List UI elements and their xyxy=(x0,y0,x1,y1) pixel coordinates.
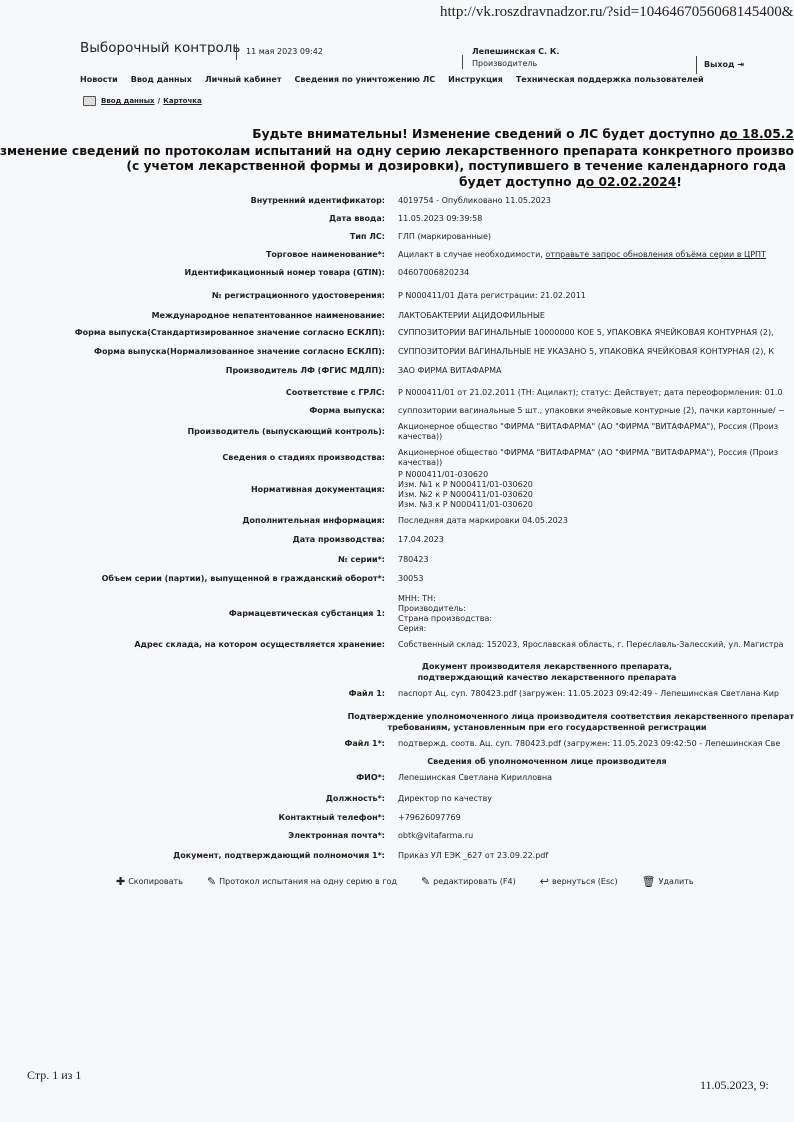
field-value-line: МНН: ТН: xyxy=(398,594,492,604)
field-value-line: качества)) xyxy=(398,432,778,442)
field-value-text: Собственный склад: 152023, Ярославская о… xyxy=(398,640,784,649)
field-value: Акционерное общество "ФИРМА "ВИТАФАРМА" … xyxy=(398,448,778,468)
action-label: редактировать (F4) xyxy=(433,877,516,886)
nav-account[interactable]: Личный кабинет xyxy=(205,75,282,84)
field-value: СУППОЗИТОРИИ ВАГИНАЛЬНЫЕ 10000000 КОЕ 5,… xyxy=(398,328,774,338)
field-label: № регистрационного удостоверения: xyxy=(212,291,385,300)
divider xyxy=(236,44,237,60)
field-value-text: 780423 xyxy=(398,555,429,564)
field-value: Собственный склад: 152023, Ярославская о… xyxy=(398,640,784,650)
warning-line-1: Будьте внимательны! Изменение сведений о… xyxy=(252,127,794,141)
divider xyxy=(696,56,697,74)
section-title-line: Подтверждение уполномоченного лица произ… xyxy=(300,711,794,722)
field-value: Акционерное общество "ФИРМА "ВИТАФАРМА" … xyxy=(398,422,778,442)
logout-icon: ⇥ xyxy=(737,60,744,69)
field-value: ЗАО ФИРМА ВИТАФАРМА xyxy=(398,366,501,376)
field-value: МНН: ТН:Производитель:Страна производств… xyxy=(398,594,492,634)
person-section-title: Сведения об уполномоченном лице производ… xyxy=(300,756,794,767)
field-label: Международное непатентованное наименован… xyxy=(152,311,385,320)
field-value: obtk@vitafarma.ru xyxy=(398,831,473,841)
field-value-text: Р N000411/01 Дата регистрации: 21.02.201… xyxy=(398,291,586,300)
field-label: Файл 1*: xyxy=(344,739,385,748)
field-label: Адрес склада, на котором осуществляется … xyxy=(134,640,385,649)
field-value: 30053 xyxy=(398,574,423,584)
action-label: Скопировать xyxy=(128,877,183,886)
delete-button[interactable]: 🗑Удалить xyxy=(642,876,694,887)
print-url: http://vk.roszdravnadzor.ru/?sid=1046467… xyxy=(440,4,794,21)
pencil-icon: ✎ xyxy=(207,876,216,887)
field-label: Файл 1: xyxy=(349,689,385,698)
field-label: Дополнительная информация: xyxy=(242,516,385,525)
field-value-line: Р N000411/01-030620 xyxy=(398,470,533,480)
field-value: +79626097769 xyxy=(398,813,461,823)
protocol-button[interactable]: ✎Протокол испытания на одну серию в год xyxy=(207,876,397,887)
warning-text: ! xyxy=(676,175,682,189)
folder-icon xyxy=(83,96,96,106)
field-value-line: Страна производства: xyxy=(398,614,492,624)
field-value-text: СУППОЗИТОРИИ ВАГИНАЛЬНЫЕ 10000000 КОЕ 5,… xyxy=(398,328,774,337)
field-value-line: качества)) xyxy=(398,458,778,468)
warning-date: до 18.05.2 xyxy=(719,127,794,141)
field-value: Р N000411/01-030620Изм. №1 к Р N000411/0… xyxy=(398,470,533,510)
field-value: 04607006820234 xyxy=(398,268,469,278)
field-label: Форма выпуска: xyxy=(309,406,385,415)
field-value: Р N000411/01 Дата регистрации: 21.02.201… xyxy=(398,291,586,301)
warning-date: до 02.02.2024 xyxy=(576,175,676,189)
warning-line-4: будет доступно до 02.02.2024! xyxy=(459,175,682,189)
field-label: Форма выпуска(Нормализованное значение с… xyxy=(94,347,385,356)
field-value: 4019754 - Опубликовано 11.05.2023 xyxy=(398,196,551,206)
field-value-text: Акционерное общество "ФИРМА "ВИТАФАРМА" … xyxy=(398,422,778,431)
field-label: Внутренний идентификатор: xyxy=(251,196,385,205)
field-value[interactable]: Приказ УЛ ЕЭК _627 от 23.09.22.pdf xyxy=(398,851,548,861)
field-value: Лепешинская Светлана Кирилловна xyxy=(398,773,552,783)
nav-instructions[interactable]: Инструкция xyxy=(448,75,503,84)
field-value: 11.05.2023 09:39:58 xyxy=(398,214,482,224)
field-label: Сведения о стадиях производства: xyxy=(222,453,385,462)
field-label: Производитель (выпускающий контроль): xyxy=(187,427,385,436)
user-role: Производитель xyxy=(472,59,537,68)
field-value: СУППОЗИТОРИИ ВАГИНАЛЬНЫЕ НЕ УКАЗАНО 5, У… xyxy=(398,347,774,357)
breadcrumb-separator: / xyxy=(158,97,161,105)
field-value: Р N000411/01 от 21.02.2011 (ТН: Ацилакт)… xyxy=(398,388,782,398)
field-label: Идентификационный номер товара (GTIN): xyxy=(184,268,385,277)
field-value-text: 30053 xyxy=(398,574,423,583)
field-value-text: 11.05.2023 09:39:58 xyxy=(398,214,482,223)
user-name: Лепешинская С. К. xyxy=(472,47,559,56)
field-value-text: Акционерное общество "ФИРМА "ВИТАФАРМА" … xyxy=(398,448,778,457)
warning-text: Будьте внимательны! Изменение сведений о… xyxy=(252,127,719,141)
field-value-text: ЛАКТОБАКТЕРИИ АЦИДОФИЛЬНЫЕ xyxy=(398,311,545,320)
doc-file-link[interactable]: паспорт Ац. суп. 780423.pdf (загружен: 1… xyxy=(398,689,779,699)
field-label: Фармацевтическая субстанция 1: xyxy=(229,609,385,618)
field-label: Форма выпуска(Стандартизированное значен… xyxy=(75,328,385,337)
field-value-text: ЗАО ФИРМА ВИТАФАРМА xyxy=(398,366,501,375)
field-value-text: 17.04.2023 xyxy=(398,535,444,544)
field-value: ГЛП (маркированные) xyxy=(398,232,491,242)
return-icon: ↩ xyxy=(540,876,549,887)
nav-data-entry[interactable]: Ввод данных xyxy=(131,75,192,84)
section-title-line: требованиям, установленным при его госуд… xyxy=(300,722,794,733)
field-label: № серии*: xyxy=(338,555,385,564)
divider xyxy=(462,55,463,69)
field-label: ФИО*: xyxy=(356,773,385,782)
field-value-text: СУППОЗИТОРИИ ВАГИНАЛЬНЫЕ НЕ УКАЗАНО 5, У… xyxy=(398,347,774,356)
field-value: 17.04.2023 xyxy=(398,535,444,545)
field-value-text: Р N000411/01 от 21.02.2011 (ТН: Ацилакт)… xyxy=(398,388,782,397)
field-label: Объем серии (партии), выпущенной в гражд… xyxy=(102,574,385,583)
edit-button[interactable]: ✎редактировать (F4) xyxy=(421,876,516,887)
field-label: Контактный телефон*: xyxy=(278,813,385,822)
field-value-line: Серия: xyxy=(398,624,492,634)
action-bar: ✚Скопировать ✎Протокол испытания на одну… xyxy=(116,876,694,887)
field-value-line: Изм. №2 к Р N000411/01-030620 xyxy=(398,490,533,500)
field-value-line: Изм. №3 к Р N000411/01-030620 xyxy=(398,500,533,510)
app-title: Выборочный контроль xyxy=(80,40,240,56)
confirm-file-link[interactable]: подтвержд. соотв. Ац. суп. 780423.pdf (з… xyxy=(398,739,780,749)
warning-line-2: Изменение сведений по протоколам испытан… xyxy=(0,144,794,158)
breadcrumb-data-entry[interactable]: Ввод данных xyxy=(101,97,155,105)
field-label: Электронная почта*: xyxy=(288,831,385,840)
warning-text: будет доступно xyxy=(459,175,576,189)
field-value-line: Производитель: xyxy=(398,604,492,614)
action-label: Удалить xyxy=(659,877,694,886)
field-value: 780423 xyxy=(398,555,429,565)
copy-button[interactable]: ✚Скопировать xyxy=(116,876,183,887)
warning-line-3: (с учетом лекарственной формы и дозировк… xyxy=(126,159,786,173)
header-datetime: 11 мая 2023 09:42 xyxy=(246,47,323,56)
field-value-line: Изм. №1 к Р N000411/01-030620 xyxy=(398,480,533,490)
pencil-icon: ✎ xyxy=(421,876,430,887)
nav-support[interactable]: Техническая поддержка пользователей xyxy=(516,75,704,84)
back-button[interactable]: ↩вернуться (Esc) xyxy=(540,876,618,887)
action-label: Протокол испытания на одну серию в год xyxy=(219,877,397,886)
field-label: Тип ЛС: xyxy=(350,232,385,241)
field-label: Должность*: xyxy=(326,794,385,803)
field-value: суппозитории вагинальные 5 шт., упаковки… xyxy=(398,406,785,416)
field-value-text: 4019754 - Опубликовано 11.05.2023 xyxy=(398,196,551,205)
trash-icon: 🗑 xyxy=(642,876,656,887)
field-label: Документ, подтверждающий полномочия 1*: xyxy=(173,851,385,860)
field-label: Дата ввода: xyxy=(329,214,385,223)
update-request-link[interactable]: отправьте запрос обновления объёма серии… xyxy=(545,250,766,259)
field-value-text: ГЛП (маркированные) xyxy=(398,232,491,241)
main-nav: Новости Ввод данных Личный кабинет Сведе… xyxy=(80,75,704,84)
section-title-line: подтверждающий качество лекарственного п… xyxy=(300,672,794,683)
field-value-text: 04607006820234 xyxy=(398,268,469,277)
page-counter: Стр. 1 из 1 xyxy=(27,1068,81,1083)
field-label: Торговое наименование*: xyxy=(266,250,385,259)
field-value-text: суппозитории вагинальные 5 шт., упаковки… xyxy=(398,406,785,415)
field-label: Нормативная документация: xyxy=(251,485,385,494)
field-value: Последняя дата маркировки 04.05.2023 xyxy=(398,516,568,526)
field-label: Соответствие с ГРЛС: xyxy=(286,388,385,397)
field-value: ЛАКТОБАКТЕРИИ АЦИДОФИЛЬНЫЕ xyxy=(398,311,545,321)
copy-icon: ✚ xyxy=(116,876,125,887)
field-label: Производитель ЛФ (ФГИС МДЛП): xyxy=(226,366,385,375)
action-label: вернуться (Esc) xyxy=(552,877,618,886)
field-value: Директор по качеству xyxy=(398,794,492,804)
logout-button[interactable]: Выход ⇥ xyxy=(704,60,744,69)
breadcrumb-card[interactable]: Карточка xyxy=(163,97,202,105)
field-value-text: Последняя дата маркировки 04.05.2023 xyxy=(398,516,568,525)
section-title-line: Документ производителя лекарственного пр… xyxy=(300,661,794,672)
nav-destruction-info[interactable]: Сведения по уничтожению ЛС xyxy=(294,75,435,84)
logout-label: Выход xyxy=(704,60,734,69)
confirm-section-title: Подтверждение уполномоченного лица произ… xyxy=(300,711,794,733)
field-value: Ацилакт в случае необходимости, отправьт… xyxy=(398,250,766,260)
nav-news[interactable]: Новости xyxy=(80,75,118,84)
breadcrumb: Ввод данных / Карточка xyxy=(83,96,202,106)
field-label: Дата производства: xyxy=(293,535,385,544)
doc-section-title: Документ производителя лекарственного пр… xyxy=(300,661,794,683)
print-timestamp: 11.05.2023, 9: xyxy=(700,1078,769,1093)
field-value-text: Ацилакт в случае необходимости, xyxy=(398,250,545,259)
